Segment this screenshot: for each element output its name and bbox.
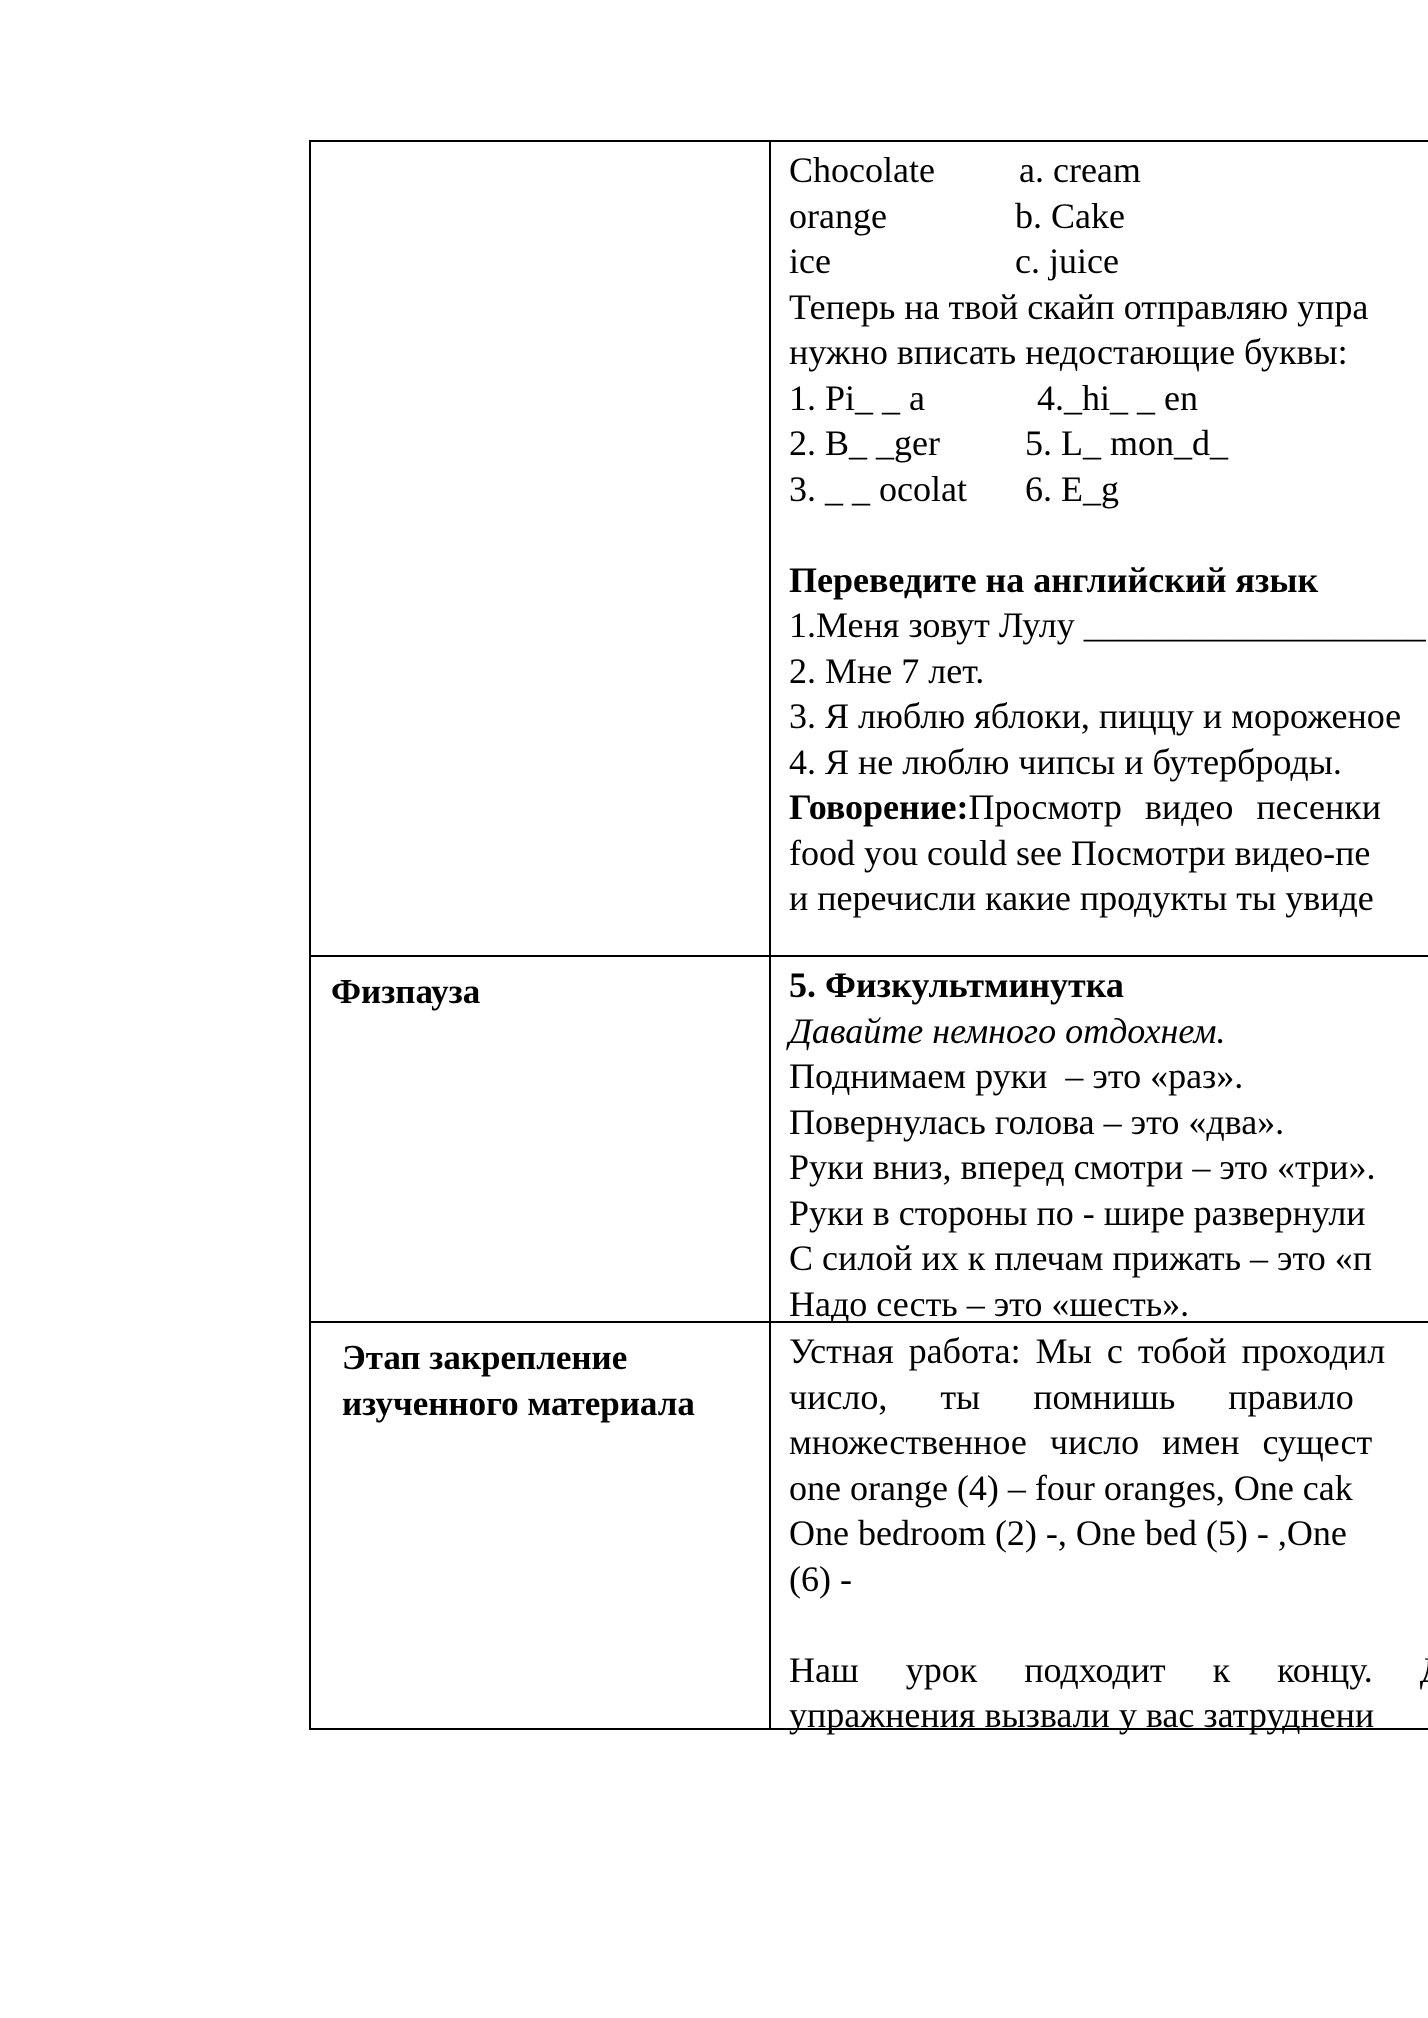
table-row: Физпауза 5. Физкультминутка Давайте немн… — [311, 957, 1428, 1323]
oral-work-line: Устная работа: Мы с тобой проходил — [789, 1329, 1428, 1375]
stage-cell: Физпауза — [311, 957, 771, 1321]
closing-line: Наш урок подходит к концу. Да — [789, 1648, 1428, 1694]
closing-line: упражнения вызвали у вас затруднени — [789, 1693, 1428, 1739]
matching-item: Chocolatea. cream — [789, 148, 1428, 194]
fill-item: 1. Pi_ _ a4._hi_ _ en — [789, 376, 1428, 422]
table-row: Этап закрепление изученного материала Ус… — [311, 1323, 1428, 1730]
stage-cell: Этап закрепление изученного материала — [311, 1323, 771, 1728]
fill-letters-exercise: 1. Pi_ _ a4._hi_ _ en 2. B_ _ger5. L_ mo… — [789, 376, 1428, 513]
oral-work-line: (6) - — [789, 1557, 1428, 1603]
speaking-line: food you could see Посмотри видео-пе — [789, 831, 1428, 877]
stage-label: изученного материала — [342, 1381, 755, 1427]
matching-exercise: Chocolatea. cream orangeb. Cake icec. ju… — [789, 148, 1428, 285]
stage-label: Физпауза — [331, 972, 480, 1011]
matching-item: icec. juice — [789, 239, 1428, 285]
translate-heading: Переведите на английский язык — [789, 558, 1428, 604]
translate-item: 2. Мне 7 лет. — [789, 649, 1428, 695]
table-row: Chocolatea. cream orangeb. Cake icec. ju… — [311, 142, 1428, 957]
stage-cell — [311, 142, 771, 955]
exercise-line: С силой их к плечам прижать – это «п — [789, 1236, 1428, 1282]
fill-item: 2. B_ _ger5. L_ mon_d_ — [789, 421, 1428, 467]
oral-work-line: число, ты помнишь правило — [789, 1375, 1428, 1421]
document-page: Chocolatea. cream orangeb. Cake icec. ju… — [0, 0, 1428, 2018]
exercise-heading: 5. Физкультминутка — [789, 963, 1428, 1009]
oral-work-line: множественное число имен сущест — [789, 1420, 1428, 1466]
exercise-line: Руки вниз, вперед смотри – это «три». — [789, 1145, 1428, 1191]
oral-work-line: One bedroom (2) -, One bed (5) - ,One — [789, 1511, 1428, 1557]
skype-intro-line: нужно вписать недостающие буквы: — [789, 330, 1428, 376]
oral-work-line: one orange (4) – four oranges, One cak — [789, 1466, 1428, 1512]
stage-label: Этап закрепление — [342, 1335, 755, 1381]
exercise-line: Повернулась голова – это «два». — [789, 1100, 1428, 1146]
translate-item: 1.Меня зовут Лулу ___________________ — [789, 603, 1428, 649]
exercise-line: Руки в стороны по - шире развернули — [789, 1191, 1428, 1237]
content-cell: Chocolatea. cream orangeb. Cake icec. ju… — [771, 142, 1428, 955]
matching-item: orangeb. Cake — [789, 194, 1428, 240]
content-cell: Устная работа: Мы с тобой проходил число… — [771, 1323, 1428, 1728]
content-cell: 5. Физкультминутка Давайте немного отдох… — [771, 957, 1428, 1321]
lesson-plan-table: Chocolatea. cream orangeb. Cake icec. ju… — [309, 140, 1428, 1730]
translate-item: 3. Я люблю яблоки, пиццу и мороженое — [789, 694, 1428, 740]
skype-intro-line: Теперь на твой скайп отправляю упра — [789, 285, 1428, 331]
speaking-line: Говорение:Просмотр видео песенки — [789, 785, 1428, 831]
speaking-line: и перечисли какие продукты ты увиде — [789, 876, 1428, 922]
exercise-line: Поднимаем руки – это «раз». — [789, 1054, 1428, 1100]
exercise-line: Надо сесть – это «шесть». — [789, 1282, 1428, 1328]
fill-item: 3. _ _ ocolat6. E_g — [789, 467, 1428, 513]
translate-item: 4. Я не люблю чипсы и бутерброды. — [789, 740, 1428, 786]
exercise-intro: Давайте немного отдохнем. — [789, 1009, 1428, 1055]
speaking-label: Говорение: — [789, 787, 969, 827]
